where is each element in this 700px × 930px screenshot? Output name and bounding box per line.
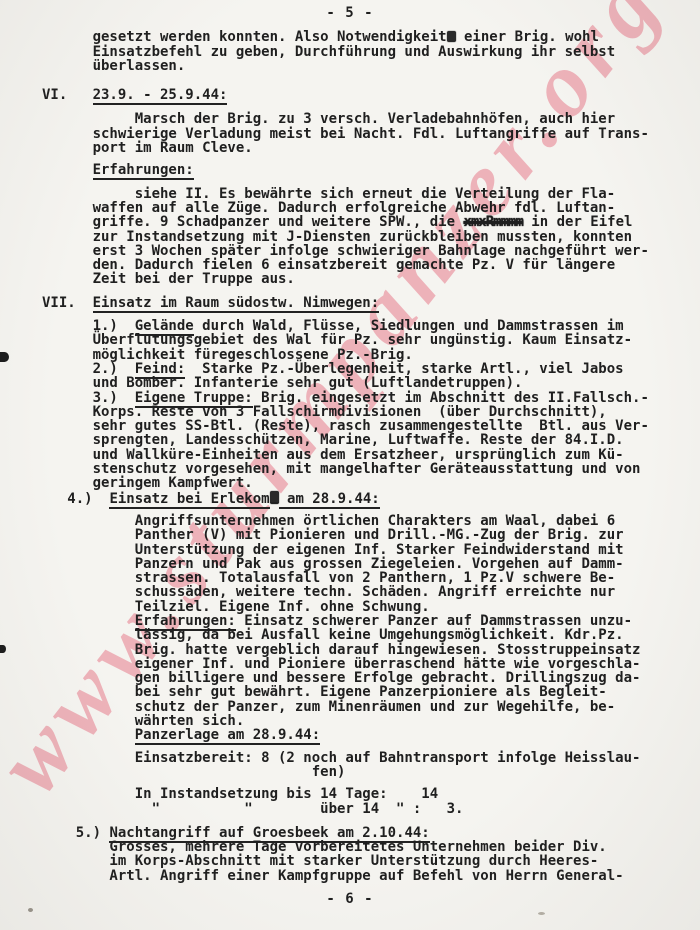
text-line: waffen auf alle Züge. Dadurch erfolgreic… [42,201,700,215]
scan-artifact [538,912,545,915]
text-line: bei sehr gut bewährt. Eigene Panzerpioni… [42,685,700,699]
text-line: Panther (V) mit Pionieren und Drill.-MG.… [42,528,700,542]
text-line: Zeit bei der Truppe aus. [42,272,700,286]
text-run: - 6 - [326,891,373,907]
text-line: 3.) Eigene Truppe: Brig. eingesetzt im A… [42,391,700,405]
text-line: Überflutungsgebiet des Wal für Pz. sehr … [42,333,700,347]
text-line: möglichkeit füregeschlossene Pz.-Brig. [42,348,700,362]
text-line: erst 3 Wochen später infolge schwieriger… [42,244,700,258]
text-line: den. Dadurch fielen 6 einsatzbereit gema… [42,258,700,272]
text-run: port im Raum Cleve. [42,140,253,156]
text-line: im Korps-Abschnitt mit starker Unterstüt… [42,854,700,868]
text-line: Panzern und Pak aus grossen Ziegeleien. … [42,557,700,571]
text-run [42,727,135,743]
text-line: zur Instandsetzung mit J-Diensten zurück… [42,230,700,244]
text-line: fen) [42,765,700,779]
text-line: schutz der Panzer, zum Minenräumen und z… [42,700,700,714]
text-line: VII. Einsatz im Raum südostw. Nimwegen: [42,296,700,310]
text-line: port im Raum Cleve. [42,141,700,155]
text-run: Artl. Angriff einer Kampfgruppe auf Befe… [42,868,624,884]
underlined-text: Einsatz bei Erlekom [109,491,269,509]
text-line: siehe II. Es bewährte sich erneut die Ve… [42,187,700,201]
text-line: Einsatzbereit: 8 (2 noch auf Bahntranspo… [42,751,700,765]
text-line: schwierige Verladung meist bei Nacht. Fd… [42,127,700,141]
text-line: Angriffsunternehmen örtlichen Charakters… [42,514,700,528]
text-line: gen billigere und bessere Erfolge gebrac… [42,671,700,685]
text-run: 4.) [42,491,109,507]
text-line: Grosses, mehrere Tage vorbereitetes Unte… [42,840,700,854]
text-line: überlassen. [42,59,700,73]
text-line: schussäden, weitere techn. Schäden. Angr… [42,585,700,599]
text-run [42,162,93,178]
text-line: Erfahrungen: Einsatz schwerer Panzer auf… [42,614,700,628]
text-line: VI. 23.9. - 25.9.44: [42,88,700,102]
text-line: sprengten, Landesschützen, Marine, Luftw… [42,433,700,447]
text-line: Artl. Angriff einer Kampfgruppe auf Befe… [42,869,700,883]
text-line: stenschutz vorgesehen, mit mangelhafter … [42,462,700,476]
text-line: strassen. Totalausfall von 2 Panthern, 1… [42,571,700,585]
underlined-text: Erfahrungen: [93,162,194,180]
underlined-text: Panzerlage am 28.9.44: [135,727,320,745]
text-line: Unterstützung der eigenen Inf. Starker F… [42,543,700,557]
underlined-text: am 28.9.44: [279,491,380,509]
text-run: - 5 - [326,5,373,21]
text-line: sehr gutes SS-Btl. (Reste), rasch zusamm… [42,419,700,433]
text-run: überlassen. [42,58,185,74]
document-body: - 5 - gesetzt werden konnten. Also Notwe… [0,0,700,906]
text-line: Korps. Reste von 3 Fallschirmdivisionen … [42,405,700,419]
text-line: und Wallküre-Einheiten aus dem Ersatzhee… [42,448,700,462]
scan-artifact [0,645,6,653]
text-line: lässig, da bei Ausfall keine Umgehungsmö… [42,628,700,642]
text-line: 5.) Nachtangriff auf Groesbeek am 2.10.4… [42,826,700,840]
text-line: 4.) Einsatz bei Erlekom am 28.9.44: [42,491,700,506]
text-run: Zeit bei der Truppe aus. [42,271,295,287]
text-line: und Bomber. Infanterie sehr gut (Luftlan… [42,376,700,390]
text-line: eigener Inf. und Pioniere überraschend h… [42,657,700,671]
underlined-text: Einsatz im Raum südostw. Nimwegen: [93,295,380,313]
text-line: Marsch der Brig. zu 3 versch. Verladebah… [42,112,700,126]
text-line: geringem Kampfwert. [42,476,700,490]
text-run: fen) [42,764,345,780]
text-run: VII. [42,295,93,311]
text-line: In Instandsetzung bis 14 Tage: 14 [42,787,700,801]
text-line: Teilziel. Eigene Inf. ohne Schwung. [42,600,700,614]
text-run: VI. [42,87,93,103]
text-run: " " über 14 " : 3. [42,801,463,817]
text-line: griffe. 9 Schadpanzer und weitere SPW., … [42,215,700,229]
scan-artifact [28,908,33,912]
text-line: Panzerlage am 28.9.44: [42,728,700,742]
text-line: währten sich. [42,714,700,728]
scanned-document-page: www.sturmpanzer.org - 5 - gesetzt werden… [0,0,700,930]
text-line: gesetzt werden konnten. Also Notwendigke… [42,30,700,44]
text-line: " " über 14 " : 3. [42,802,700,816]
text-line: Einsatzbefehl zu geben, Durchführung und… [42,45,700,59]
text-line: - 5 - [42,6,700,20]
text-line: Brig. hatte vergeblich darauf hingewiese… [42,643,700,657]
text-run: geringem Kampfwert. [42,475,253,491]
underlined-text: 23.9. - 25.9.44: [93,87,228,105]
text-line: Erfahrungen: [42,163,700,177]
text-line: 2.) Feind: Starke Pz.-Überlegenheit, sta… [42,362,700,376]
scan-artifact [0,352,9,362]
text-line: - 6 - [42,892,700,906]
ink-blot [447,31,456,42]
ink-blot [270,491,279,504]
